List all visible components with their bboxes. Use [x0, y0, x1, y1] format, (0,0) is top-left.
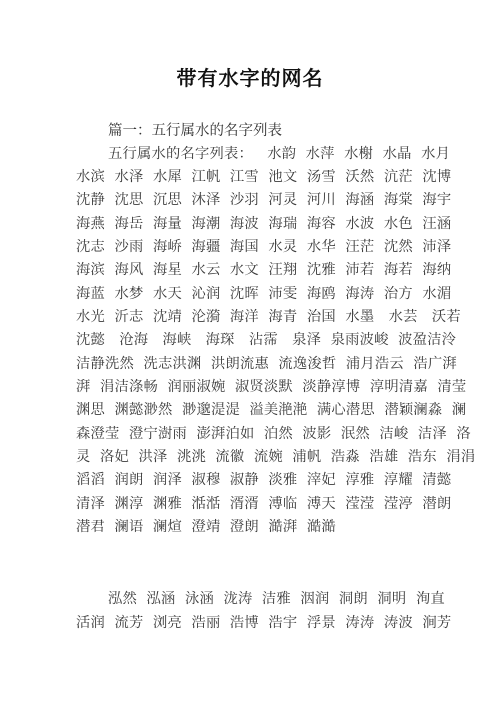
text-line: 海燕 海岳 海量 海潮 海波 海瑞 海容 水波 水色 汪涵 [76, 213, 451, 233]
text-line: 海蓝 水梦 水天 沁润 沈晖 沛雯 海鸥 海涛 治方 水湄 [76, 283, 451, 303]
text-line: 清泽 渊淳 渊雅 湉湉 湑湑 溥临 溥天 滢滢 滢渟 潜朗 [76, 493, 451, 513]
text-line: 沈静 沈思 沉思 沐泽 沙羽 河灵 河川 海涵 海棠 海宇 [76, 189, 451, 209]
text-line: 沈懿 沧海 海峡 海琛 沾霈 泉泽 泉雨波峻 波盈洁泠 [76, 329, 456, 349]
text-line: 水光 沂志 沈靖 沦漪 海洋 海青 治国 水墨 水芸 沃若 [76, 306, 461, 326]
text-line: 滔滔 润朗 润泽 淑穆 淑静 淡雅 滓妃 淳雅 淳耀 清懿 [76, 469, 451, 489]
text-line: 森澄莹 澄宁澍雨 澎湃泊如 泊然 波影 泯然 洁峻 洁泽 洛 [76, 423, 471, 443]
text-line: 海滨 海风 海星 水云 水文 汪翔 沈雅 沛若 海若 海纳 [76, 259, 451, 279]
text-line: 灵 洛妃 洪泽 洮洮 流徽 流婉 浦帆 浩淼 浩雄 浩东 涓涓 [76, 446, 475, 466]
text-line: 渊思 渊懿渺然 渺邈湜湜 溢美滟滟 满心潜思 潜颖澜淼 澜 [76, 399, 466, 419]
text-line: 沈志 沙雨 海峤 海疆 海国 水灵 水华 汪茫 沈然 沛泽 [76, 236, 451, 256]
document-title: 带有水字的网名 [0, 62, 500, 91]
text-line: 五行属水的名字列表： 水韵 水萍 水榭 水晶 水月 [108, 143, 450, 163]
text-line: 湃 涓洁涤畅 润丽淑婉 淑贤淡默 淡静淳博 淳明清嘉 清莹 [76, 376, 466, 396]
text-line: 洁静洗然 洗志洪渊 洪朗流惠 流逸浚哲 浦月浩云 浩广湃 [76, 353, 457, 373]
text-line: 水滨 水泽 水犀 江帆 江雪 池文 汤雪 沃然 沆茫 沈博 [76, 166, 451, 186]
text-line: 泓然 泓涵 泳涵 泷涛 洁雅 洇润 洞朗 洞明 洵直 [108, 588, 445, 608]
section-heading: 篇一：五行属水的名字列表 [108, 119, 282, 140]
text-line: 活润 流芳 浏亮 浩丽 浩博 浩宇 浮景 涛涛 涛波 涧芳 [76, 612, 451, 632]
text-line: 潜君 澜语 澜煊 澄靖 澄朗 澔湃 澔澔 [76, 516, 336, 536]
